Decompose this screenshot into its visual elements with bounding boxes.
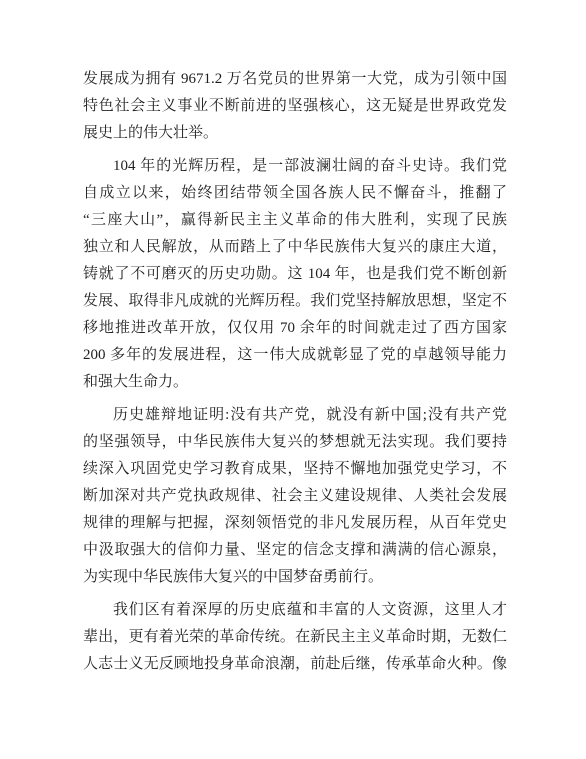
text-line: “三座大山”，赢得新民主主义革命的伟大胜利，实现了民族 (83, 207, 507, 234)
text-line: 我们区有着深厚的历史底蕴和丰富的人文资源，这里人才 (83, 597, 507, 624)
text-line: 移地推进改革开放，仅仅用 70 余年的时间就走过了西方国家 (83, 315, 507, 342)
text-line: 历史雄辩地证明:没有共产党，就没有新中国;没有共产党 (83, 402, 507, 429)
text-line: 发展、取得非凡成就的光辉历程。我们党坚持解放思想，坚定不 (83, 288, 507, 315)
text-line: 为实现中华民族伟大复兴的中国梦奋勇前行。 (83, 564, 507, 591)
text-line: 发展成为拥有 9671.2 万名党员的世界第一大党，成为引领中国 (83, 66, 507, 93)
paragraph-1: 发展成为拥有 9671.2 万名党员的世界第一大党，成为引领中国特色社会主义事业… (83, 66, 507, 147)
text-line: 独立和人民解放，从而踏上了中华民族伟大复兴的康庄大道， (83, 234, 507, 261)
text-line: 辈出，更有着光荣的革命传统。在新民主主义革命时期，无数仁 (83, 624, 507, 651)
text-line: 特色社会主义事业不断前进的坚强核心，这无疑是世界政党发 (83, 93, 507, 120)
text-line: 展史上的伟大壮举。 (83, 120, 507, 147)
text-line: 自成立以来，始终团结带领全国各族人民不懈奋斗，推翻了 (83, 180, 507, 207)
document-content: 发展成为拥有 9671.2 万名党员的世界第一大党，成为引领中国特色社会主义事业… (83, 66, 507, 684)
text-line: 人志士义无反顾地投身革命浪潮，前赴后继，传承革命火种。像 (83, 651, 507, 678)
text-line: 104 年的光辉历程，是一部波澜壮阔的奋斗史诗。我们党 (83, 153, 507, 180)
paragraph-2: 104 年的光辉历程，是一部波澜壮阔的奋斗史诗。我们党自成立以来，始终团结带领全… (83, 153, 507, 396)
text-line: 续深入巩固党史学习教育成果，坚持不懈地加强党史学习，不 (83, 456, 507, 483)
paragraph-4: 我们区有着深厚的历史底蕴和丰富的人文资源，这里人才辈出，更有着光荣的革命传统。在… (83, 597, 507, 678)
document-page: 发展成为拥有 9671.2 万名党员的世界第一大党，成为引领中国特色社会主义事业… (0, 0, 586, 759)
text-line: 断加深对共产党执政规律、社会主义建设规律、人类社会发展 (83, 483, 507, 510)
paragraph-3: 历史雄辩地证明:没有共产党，就没有新中国;没有共产党的坚强领导，中华民族伟大复兴… (83, 402, 507, 591)
text-line: 规律的理解与把握，深刻领悟党的非凡发展历程，从百年党史 (83, 510, 507, 537)
text-line: 中汲取强大的信仰力量、坚定的信念支撑和满满的信心源泉， (83, 537, 507, 564)
text-line: 铸就了不可磨灭的历史功勋。这 104 年，也是我们党不断创新 (83, 261, 507, 288)
text-line: 的坚强领导，中华民族伟大复兴的梦想就无法实现。我们要持 (83, 429, 507, 456)
text-line: 和强大生命力。 (83, 369, 507, 396)
text-line: 200 多年的发展进程，这一伟大成就彰显了党的卓越领导能力 (83, 342, 507, 369)
